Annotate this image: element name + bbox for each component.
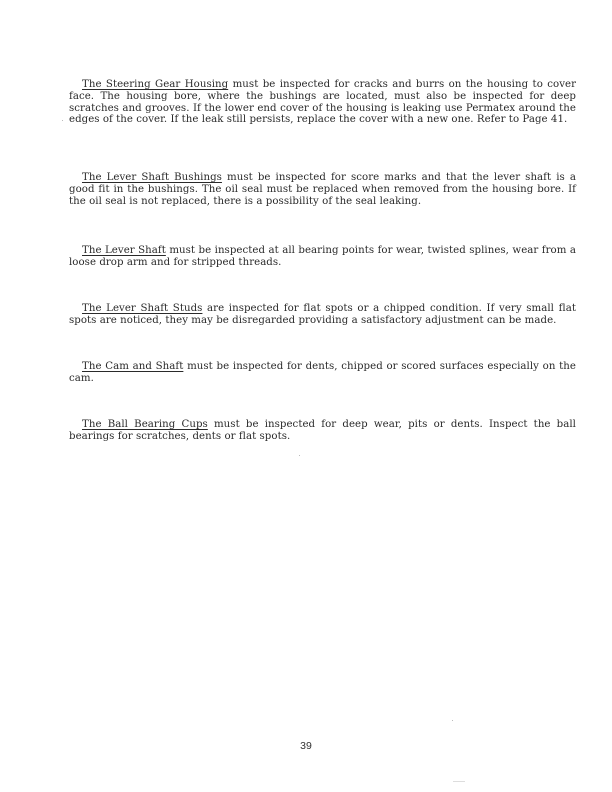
page-number: 39 xyxy=(0,740,612,752)
paragraph-lever-shaft: The Lever Shaft must be inspected at all… xyxy=(69,245,576,269)
scan-speck xyxy=(452,720,453,721)
scan-speck xyxy=(453,781,465,782)
paragraph-heading: The Lever Shaft Studs xyxy=(82,303,202,314)
paragraph-cam-and-shaft: The Cam and Shaft must be inspected for … xyxy=(69,361,576,385)
scan-speck xyxy=(299,455,300,456)
paragraph-ball-bearing-cups: The Ball Bearing Cups must be inspected … xyxy=(69,419,576,443)
document-page: The Steering Gear Housing must be inspec… xyxy=(0,0,612,792)
paragraph-heading: The Steering Gear Housing xyxy=(82,79,228,90)
paragraph-heading: The Cam and Shaft xyxy=(82,361,183,372)
paragraph-heading: The Lever Shaft Bushings xyxy=(82,172,222,183)
paragraph-lever-shaft-studs: The Lever Shaft Studs are inspected for … xyxy=(69,303,576,327)
paragraph-heading: The Ball Bearing Cups xyxy=(82,419,208,430)
scan-speck xyxy=(62,120,63,121)
paragraph-heading: The Lever Shaft xyxy=(82,245,166,256)
paragraph-steering-gear-housing: The Steering Gear Housing must be inspec… xyxy=(69,79,576,126)
paragraph-lever-shaft-bushings: The Lever Shaft Bushings must be inspect… xyxy=(69,172,576,207)
